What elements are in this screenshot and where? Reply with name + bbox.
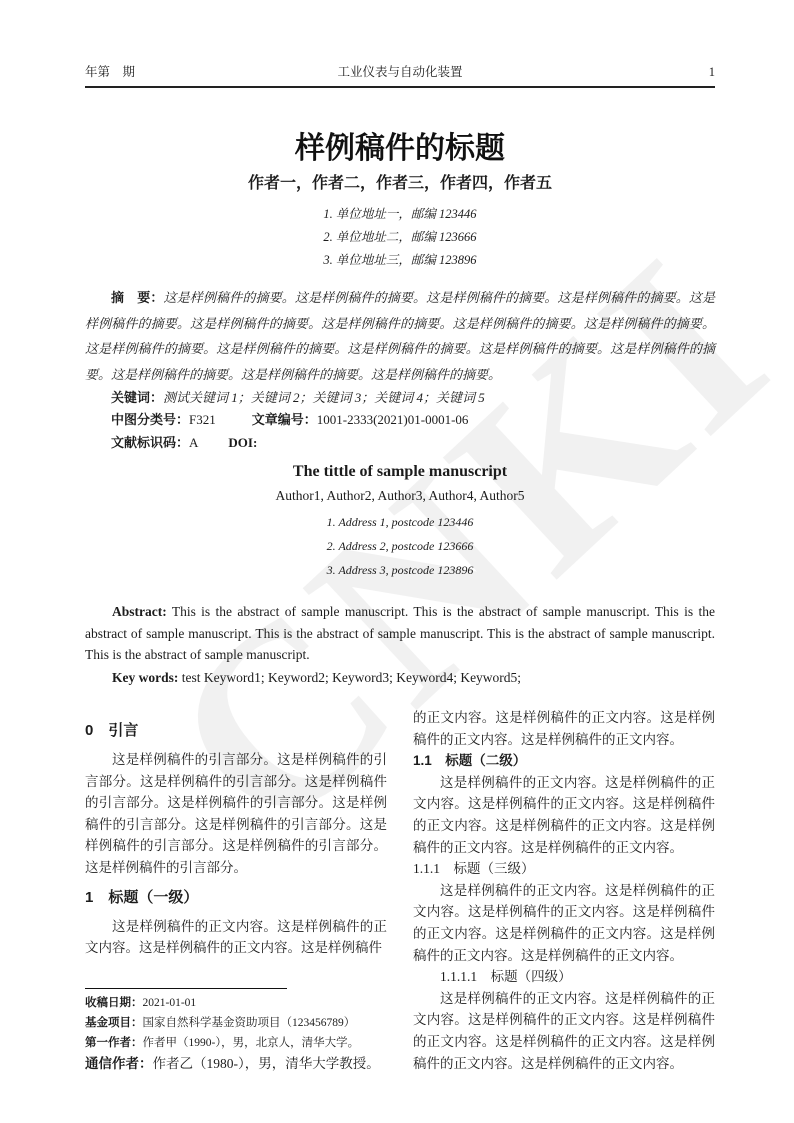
- body-columns: 0 引言 这是样例稿件的引言部分。这是样例稿件的引言部分。这是样例稿件的引言部分…: [85, 707, 715, 1075]
- paragraph-level4: 这是样例稿件的正文内容。这是样例稿件的正文内容。这是样例稿件的正文内容。这是样例…: [413, 988, 715, 1074]
- clc-label: 中图分类号：: [111, 412, 189, 427]
- abstract-cn: 摘 要：这是样例稿件的摘要。这是样例稿件的摘要。这是样例稿件的摘要。这是样例稿件…: [85, 285, 715, 387]
- footnote-fund-label: 基金项目：: [85, 1017, 143, 1029]
- affiliation-cn-2: 2. 单位地址二，邮编 123666: [85, 226, 715, 249]
- doc-code-label: 文献标识码：: [111, 435, 189, 450]
- footnote-corresponding-author-value: 作者乙（1980-），男，清华大学教授。: [153, 1056, 380, 1071]
- footnote-rule: [85, 988, 287, 989]
- footnote-first-author-value: 作者甲（1990-），男，北京人，清华大学。: [143, 1037, 360, 1049]
- doi-label: DOI:: [228, 435, 257, 450]
- footnote-first-author: 第一作者：作者甲（1990-），男，北京人，清华大学。: [85, 1033, 387, 1053]
- paragraph-section1-right: 的正文内容。这是样例稿件的正文内容。这是样例稿件的正文内容。这是样例稿件的正文内…: [413, 707, 715, 750]
- affiliation-en-2: 2. Address 2, postcode 123666: [85, 534, 715, 558]
- keywords-cn-text: 测试关键词 1；关键词 2；关键词 3；关键词 4；关键词 5: [163, 390, 485, 405]
- doc-code-line: 文献标识码：ADOI:: [85, 432, 715, 455]
- footnote-block: 收稿日期：2021-01-01 基金项目：国家自然科学基金资助项目（123456…: [85, 988, 387, 1075]
- footnote-fund-value: 国家自然科学基金资助项目（123456789）: [143, 1017, 356, 1029]
- footnote-first-author-label: 第一作者：: [85, 1037, 143, 1049]
- affiliation-en-1: 1. Address 1, postcode 123446: [85, 510, 715, 534]
- abstract-en-text: This is the abstract of sample manuscrip…: [85, 604, 715, 662]
- running-header: 年第 期 工业仪表与自动化装置 1: [85, 0, 715, 88]
- paragraph-introduction: 这是样例稿件的引言部分。这是样例稿件的引言部分。这是样例稿件的引言部分。这是样例…: [85, 749, 387, 879]
- abstract-cn-text: 这是样例稿件的摘要。这是样例稿件的摘要。这是样例稿件的摘要。这是样例稿件的摘要。…: [85, 290, 715, 382]
- heading-level2: 1.1 标题（二级）: [413, 750, 715, 772]
- article-id-label: 文章编号：: [252, 412, 317, 427]
- doc-code-value: A: [189, 435, 198, 450]
- keywords-en-text: test Keyword1; Keyword2; Keyword3; Keywo…: [178, 670, 521, 685]
- heading-level3: 1.1.1 标题（三级）: [413, 858, 715, 880]
- footnote-received-value: 2021-01-01: [143, 997, 197, 1009]
- body-column-left: 0 引言 这是样例稿件的引言部分。这是样例稿件的引言部分。这是样例稿件的引言部分…: [85, 707, 387, 1075]
- clc-value: F321: [189, 412, 216, 427]
- article-id-value: 1001-2333(2021)01-0001-06: [317, 412, 469, 427]
- paragraph-level2: 这是样例稿件的正文内容。这是样例稿件的正文内容。这是样例稿件的正文内容。这是样例…: [413, 772, 715, 858]
- heading-level4: 1.1.1.1 标题（四级）: [413, 966, 715, 988]
- manuscript-page: CNKI 年第 期 工业仪表与自动化装置 1 样例稿件的标题 作者一，作者二，作…: [0, 0, 794, 1123]
- clc-line: 中图分类号：F321文章编号：1001-2333(2021)01-0001-06: [85, 409, 715, 432]
- keywords-cn: 关键词：测试关键词 1；关键词 2；关键词 3；关键词 4；关键词 5: [85, 387, 715, 409]
- authors-en: Author1, Author2, Author3, Author4, Auth…: [85, 487, 715, 505]
- paragraph-section1-left: 这是样例稿件的正文内容。这是样例稿件的正文内容。这是样例稿件的正文内容。这是样例…: [85, 916, 387, 959]
- paragraph-level3: 这是样例稿件的正文内容。这是样例稿件的正文内容。这是样例稿件的正文内容。这是样例…: [413, 880, 715, 966]
- title-en: The tittle of sample manuscript: [85, 461, 715, 482]
- heading-introduction: 0 引言: [85, 720, 387, 742]
- keywords-en: Key words: test Keyword1; Keyword2; Keyw…: [85, 667, 715, 689]
- page-content: 年第 期 工业仪表与自动化装置 1 样例稿件的标题 作者一，作者二，作者三，作者…: [0, 0, 794, 1075]
- affiliation-cn-3: 3. 单位地址三，邮编 123896: [85, 249, 715, 272]
- body-column-right: 的正文内容。这是样例稿件的正文内容。这是样例稿件的正文内容。这是样例稿件的正文内…: [413, 707, 715, 1075]
- affiliation-en-3: 3. Address 3, postcode 123896: [85, 558, 715, 582]
- keywords-en-label: Key words:: [112, 670, 178, 685]
- footnote-corresponding-author: 通信作者：作者乙（1980-），男，清华大学教授。: [85, 1053, 387, 1075]
- header-journal-title: 工业仪表与自动化装置: [175, 62, 625, 80]
- footnote-received-date: 收稿日期：2021-01-01: [85, 993, 387, 1013]
- abstract-en: Abstract: This is the abstract of sample…: [85, 601, 715, 666]
- heading-level1: 1 标题（一级）: [85, 887, 387, 909]
- abstract-en-label: Abstract:: [112, 604, 167, 619]
- footnote-corresponding-author-label: 通信作者：: [85, 1056, 153, 1071]
- abstract-cn-label: 摘 要：: [111, 290, 164, 305]
- affiliations-en: 1. Address 1, postcode 123446 2. Address…: [85, 510, 715, 582]
- header-page-number: 1: [625, 65, 715, 80]
- authors-cn: 作者一，作者二，作者三，作者四，作者五: [85, 174, 715, 194]
- header-issue: 年第 期: [85, 62, 175, 80]
- affiliation-cn-1: 1. 单位地址一，邮编 123446: [85, 203, 715, 226]
- affiliations-cn: 1. 单位地址一，邮编 123446 2. 单位地址二，邮编 123666 3.…: [85, 203, 715, 272]
- keywords-cn-label: 关键词：: [111, 390, 163, 405]
- title-cn: 样例稿件的标题: [85, 132, 715, 166]
- footnote-fund: 基金项目：国家自然科学基金资助项目（123456789）: [85, 1013, 387, 1033]
- footnote-received-label: 收稿日期：: [85, 997, 143, 1009]
